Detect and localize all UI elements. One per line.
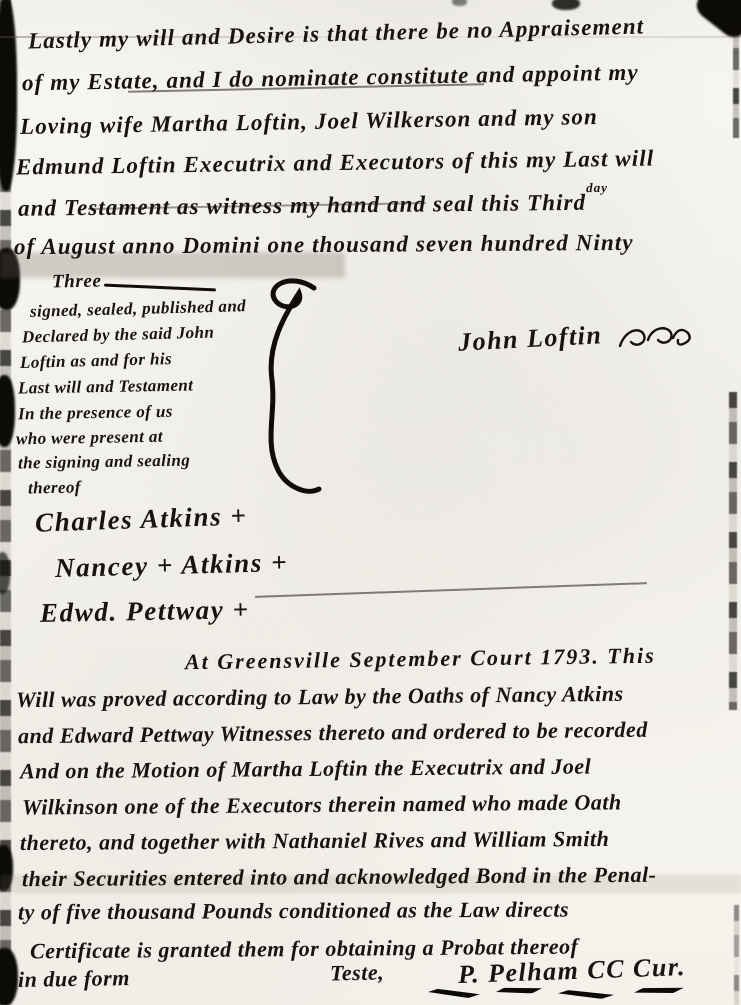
attestation-line: Loftin as and for his <box>20 350 172 371</box>
testator-signature: John Loftin <box>457 322 603 356</box>
scan-artifact-blob <box>0 375 15 447</box>
will-line-text: and Testament as witness my hand and sea… <box>18 190 586 221</box>
will-line: Edmund Loftin Executrix and Executors of… <box>16 147 655 179</box>
bottom-dash-mark <box>558 990 614 1000</box>
scan-artifact-top-right-corner <box>692 0 741 42</box>
will-line: Loving wife Martha Loftin, Joel Wilkerso… <box>20 105 598 138</box>
day-superscript: day <box>586 180 608 195</box>
attestation-line: Declared by the said John <box>22 323 215 345</box>
witness-signature: Nancey + Atkins + <box>55 549 289 582</box>
attestation-line: who were present at <box>16 428 163 448</box>
will-line: Lastly my will and Desire is that there … <box>28 14 645 52</box>
probate-line: thereto, and together with Nathaniel Riv… <box>20 828 609 854</box>
scan-artifact-blob <box>0 552 10 594</box>
probate-line: ty of five thousand Pounds conditioned a… <box>18 899 569 924</box>
will-line: of my Estate, and I do nominate constitu… <box>22 61 639 95</box>
scan-artifact-left-edge <box>0 0 11 1005</box>
clerk-signature: P. Pelham CC Cur. <box>458 954 687 988</box>
bottom-dash-mark <box>634 985 684 995</box>
will-line: and Testament as witness my hand and sea… <box>18 190 609 220</box>
scan-artifact-blob <box>0 0 17 191</box>
will-line: of August anno Domini one thousand seven… <box>14 231 634 258</box>
witness-signature: Edwd. Pettway + <box>40 596 250 627</box>
will-line-three: Three <box>52 272 102 292</box>
scan-artifact-top-mark <box>552 0 580 10</box>
attestation-brace-flourish <box>218 276 328 514</box>
attestation-line: In the presence of us <box>18 403 173 423</box>
probate-line: their Securities entered into and acknow… <box>22 864 657 890</box>
bottom-dash-mark <box>428 988 480 999</box>
attestation-line: Last will and Testament <box>18 376 194 396</box>
scan-artifact-blob <box>0 845 13 891</box>
seal-flourish <box>618 318 694 356</box>
scan-artifact-right-edge <box>733 18 739 138</box>
probate-line: and Edward Pettway Witnesses thereto and… <box>18 719 648 748</box>
probate-line-in-due-form: in due form <box>18 967 130 991</box>
teste-label: Teste, <box>330 962 385 985</box>
scanned-will-page: Lastly my will and Desire is that there … <box>0 0 741 1005</box>
scan-artifact-right-edge <box>734 905 739 1005</box>
probate-line: And on the Motion of Martha Loftin the E… <box>20 756 591 783</box>
three-underline-stroke <box>104 284 216 292</box>
crease-stroke <box>255 582 647 598</box>
attestation-line: signed, sealed, published and <box>30 297 246 320</box>
probate-line: Wilkinson one of the Executors therein n… <box>22 791 622 818</box>
probate-line: Will was proved according to Law by the … <box>16 683 624 711</box>
attestation-line: thereof <box>28 479 81 497</box>
scan-artifact-blob <box>0 948 18 1005</box>
scan-artifact-right-edge <box>729 392 737 710</box>
scan-artifact-top-mark <box>452 0 467 6</box>
probate-heading: At Greensville September Court 1793. Thi… <box>185 645 656 674</box>
witness-signature: Charles Atkins + <box>35 502 248 536</box>
attestation-line: the signing and sealing <box>18 451 190 471</box>
